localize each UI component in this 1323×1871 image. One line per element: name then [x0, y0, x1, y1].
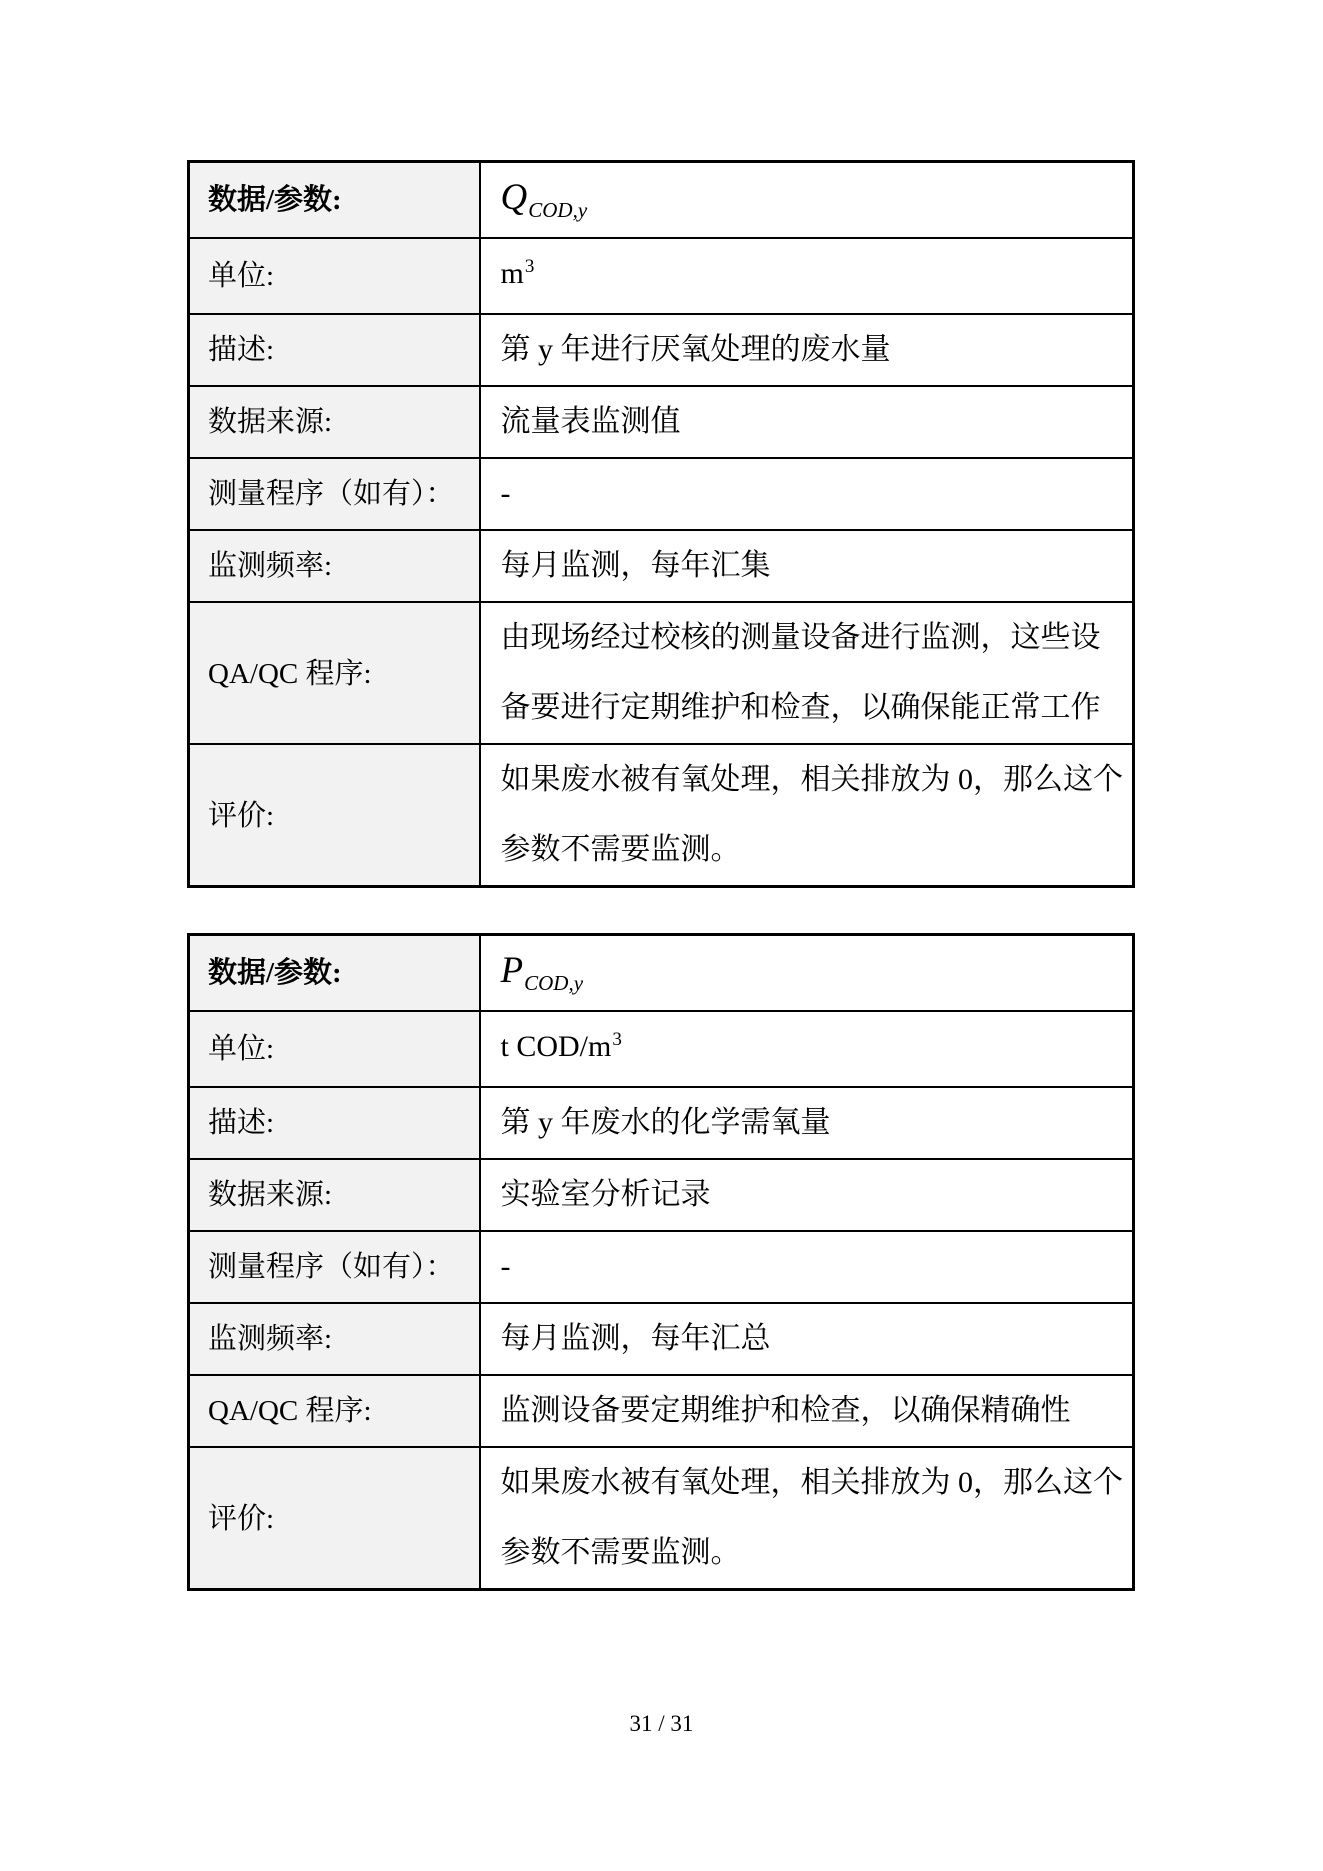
- row-value-cell: 第 y 年废水的化学需氧量: [480, 1087, 1134, 1159]
- row-label: 单位:: [208, 260, 274, 292]
- row-label: QA/QC 程序:: [208, 1395, 372, 1427]
- row-value: -: [501, 1250, 511, 1283]
- unit-base: t COD/m: [501, 1030, 612, 1063]
- row-label-cell: 数据/参数:: [189, 935, 480, 1012]
- table-row: 评价: 如果废水被有氧处理，相关排放为 0，那么这个参数不需要监测。: [189, 1447, 1134, 1590]
- row-value-cell: 第 y 年进行厌氧处理的废水量: [480, 314, 1134, 386]
- table-row: 数据/参数: PCOD,y: [189, 935, 1134, 1012]
- row-label-cell: 评价:: [189, 744, 480, 887]
- row-label-cell: 描述:: [189, 314, 480, 386]
- parameter-table-qcod: 数据/参数: QCOD,y 单位: m3 描述: 第 y 年进行厌氧处理的废水量…: [187, 160, 1135, 888]
- param-subscript: COD,y: [528, 198, 587, 222]
- row-value-cell: 每月监测，每年汇总: [480, 1303, 1134, 1375]
- unit-base: m: [501, 257, 524, 290]
- row-value: 每月监测，每年汇集: [501, 549, 771, 582]
- table-row: 单位: m3: [189, 238, 1134, 314]
- row-label: 测量程序（如有）：: [208, 1251, 455, 1283]
- row-value: 由现场经过校核的测量设备进行监测，这些设备要进行定期维护和检查，以确保能正常工作: [501, 621, 1101, 724]
- row-label-cell: 监测频率:: [189, 530, 480, 602]
- row-value: 第 y 年进行厌氧处理的废水量: [501, 333, 891, 366]
- row-label-cell: QA/QC 程序:: [189, 1375, 480, 1447]
- table-row: 监测频率: 每月监测，每年汇总: [189, 1303, 1134, 1375]
- row-value-cell: 监测设备要定期维护和检查，以确保精确性: [480, 1375, 1134, 1447]
- row-label-cell: 评价:: [189, 1447, 480, 1590]
- table-row: 描述: 第 y 年废水的化学需氧量: [189, 1087, 1134, 1159]
- table-row: 描述: 第 y 年进行厌氧处理的废水量: [189, 314, 1134, 386]
- table-row: 监测频率: 每月监测，每年汇集: [189, 530, 1134, 602]
- row-label: 评价:: [208, 1484, 274, 1554]
- row-value: 监测设备要定期维护和检查，以确保精确性: [501, 1394, 1071, 1427]
- row-value: 每月监测，每年汇总: [501, 1322, 771, 1355]
- row-label-cell: 测量程序（如有）：: [189, 1231, 480, 1303]
- unit-value-cell: t COD/m3: [480, 1011, 1134, 1087]
- table-row: 评价: 如果废水被有氧处理，相关排放为 0，那么这个参数不需要监测。: [189, 744, 1134, 887]
- row-value-cell: 实验室分析记录: [480, 1159, 1134, 1231]
- row-label-cell: QA/QC 程序:: [189, 602, 480, 744]
- unit-superscript: 3: [612, 1029, 622, 1050]
- param-value-cell: PCOD,y: [480, 935, 1134, 1012]
- parameter-table-pcod: 数据/参数: PCOD,y 单位: t COD/m3 描述: 第 y 年废水的化…: [187, 933, 1135, 1591]
- table-row: 测量程序（如有）： -: [189, 1231, 1134, 1303]
- row-label-cell: 描述:: [189, 1087, 480, 1159]
- row-label-cell: 测量程序（如有）：: [189, 458, 480, 530]
- row-label-cell: 数据/参数:: [189, 162, 480, 239]
- row-value-cell: 流量表监测值: [480, 386, 1134, 458]
- row-value-cell: 如果废水被有氧处理，相关排放为 0，那么这个参数不需要监测。: [480, 744, 1134, 887]
- unit-value-cell: m3: [480, 238, 1134, 314]
- row-value-cell: -: [480, 1231, 1134, 1303]
- row-label-cell: 单位:: [189, 238, 480, 314]
- page-number: 31 / 31: [0, 1710, 1323, 1738]
- param-symbol: P: [501, 950, 524, 991]
- row-value-cell: 如果废水被有氧处理，相关排放为 0，那么这个参数不需要监测。: [480, 1447, 1134, 1590]
- row-value: 流量表监测值: [501, 405, 681, 438]
- table-row: 单位: t COD/m3: [189, 1011, 1134, 1087]
- table-row: QA/QC 程序: 由现场经过校核的测量设备进行监测，这些设备要进行定期维护和检…: [189, 602, 1134, 744]
- row-value: 第 y 年废水的化学需氧量: [501, 1106, 831, 1139]
- unit-superscript: 3: [525, 256, 535, 277]
- table-row: 数据来源: 实验室分析记录: [189, 1159, 1134, 1231]
- row-label-cell: 数据来源:: [189, 386, 480, 458]
- row-label: 单位:: [208, 1033, 274, 1065]
- row-label: 测量程序（如有）：: [208, 478, 455, 510]
- row-value-cell: -: [480, 458, 1134, 530]
- row-label: 描述:: [208, 1107, 274, 1139]
- row-value: -: [501, 477, 511, 510]
- row-label: 数据来源:: [208, 406, 332, 438]
- table-row: 测量程序（如有）： -: [189, 458, 1134, 530]
- row-label: 数据/参数:: [208, 184, 342, 216]
- row-label: 描述:: [208, 334, 274, 366]
- row-label: QA/QC 程序:: [208, 639, 372, 709]
- row-value: 如果废水被有氧处理，相关排放为 0，那么这个参数不需要监测。: [501, 1466, 1124, 1569]
- param-value-cell: QCOD,y: [480, 162, 1134, 239]
- row-value: 实验室分析记录: [501, 1178, 711, 1211]
- row-label: 评价:: [208, 781, 274, 851]
- row-value: 如果废水被有氧处理，相关排放为 0，那么这个参数不需要监测。: [501, 763, 1124, 866]
- table-row: 数据来源: 流量表监测值: [189, 386, 1134, 458]
- row-label-cell: 数据来源:: [189, 1159, 480, 1231]
- row-label: 数据来源:: [208, 1179, 332, 1211]
- param-subscript: COD,y: [524, 971, 583, 995]
- document-page: 数据/参数: QCOD,y 单位: m3 描述: 第 y 年进行厌氧处理的废水量…: [0, 0, 1323, 1871]
- table-row: QA/QC 程序: 监测设备要定期维护和检查，以确保精确性: [189, 1375, 1134, 1447]
- row-value-cell: 每月监测，每年汇集: [480, 530, 1134, 602]
- row-label-cell: 单位:: [189, 1011, 480, 1087]
- table-row: 数据/参数: QCOD,y: [189, 162, 1134, 239]
- param-symbol: Q: [501, 177, 528, 218]
- row-label: 数据/参数:: [208, 957, 342, 989]
- row-label: 监测频率:: [208, 550, 332, 582]
- row-label-cell: 监测频率:: [189, 1303, 480, 1375]
- row-value-cell: 由现场经过校核的测量设备进行监测，这些设备要进行定期维护和检查，以确保能正常工作: [480, 602, 1134, 744]
- row-label: 监测频率:: [208, 1323, 332, 1355]
